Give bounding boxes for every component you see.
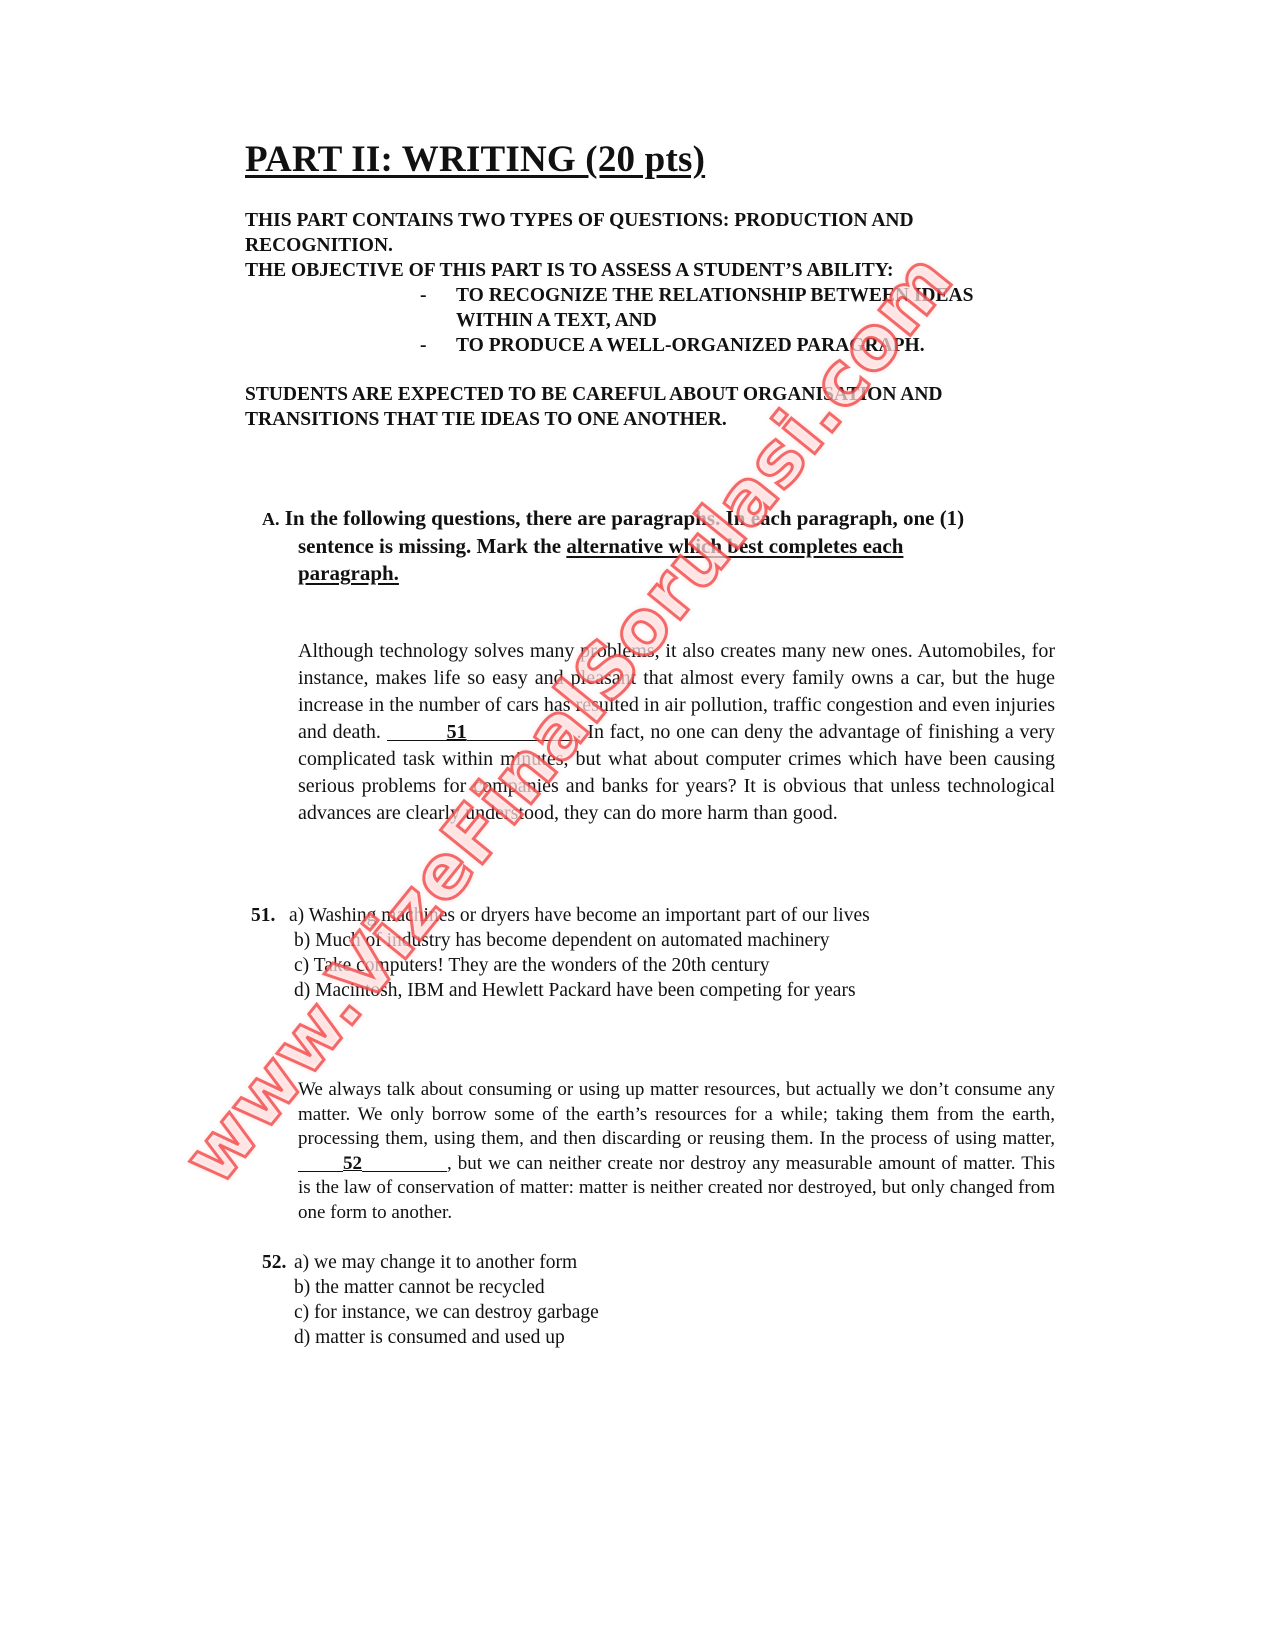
blank-number: 52 <box>343 1153 362 1174</box>
answer-option[interactable]: c) Take computers! They are the wonders … <box>251 953 971 978</box>
intro-line: THE OBJECTIVE OF THIS PART IS TO ASSESS … <box>245 258 1045 283</box>
passage-51: Although technology solves many problems… <box>298 638 1055 827</box>
page-title: PART II: WRITING (20 pts) <box>245 138 705 181</box>
passage-52: We always talk about consuming or using … <box>298 1078 1055 1226</box>
answer-option[interactable]: c) for instance, we can destroy garbage <box>262 1300 862 1325</box>
instruction-emphasis: paragraph. <box>298 561 399 585</box>
objective-text: TO RECOGNIZE THE RELATIONSHIP BETWEEN ID… <box>456 283 1058 308</box>
question-51: 51.a) Washing machines or dryers have be… <box>251 903 971 1003</box>
objective-item: - TO PRODUCE A WELL-ORGANIZED PARAGRAPH. <box>408 333 1058 358</box>
instruction-text: In the following questions, there are pa… <box>285 506 964 530</box>
passage-text: We always talk about consuming or using … <box>298 1079 1055 1149</box>
answer-option[interactable]: b) Much of industry has become dependent… <box>251 928 971 953</box>
list-dash: - <box>408 333 456 358</box>
expectation-line: STUDENTS ARE EXPECTED TO BE CAREFUL ABOU… <box>245 382 1065 407</box>
blank-line <box>387 720 447 741</box>
question-number: 52. <box>262 1250 294 1275</box>
list-dash: - <box>408 283 456 333</box>
instruction-emphasis: alternative which best completes each <box>566 534 903 558</box>
objective-item: - TO RECOGNIZE THE RELATIONSHIP BETWEEN … <box>408 283 1058 333</box>
answer-option[interactable]: a) Washing machines or dryers have becom… <box>289 905 870 926</box>
question-52: 52.a) we may change it to another form b… <box>262 1250 862 1350</box>
question-number: 51. <box>251 903 289 928</box>
blank-number: 51 <box>447 721 467 743</box>
expectation-block: STUDENTS ARE EXPECTED TO BE CAREFUL ABOU… <box>245 382 1065 432</box>
answer-option[interactable]: d) matter is consumed and used up <box>262 1325 862 1350</box>
blank-line <box>362 1152 447 1172</box>
section-label: A. <box>262 509 280 529</box>
instruction-text: sentence is missing. Mark the <box>298 534 566 558</box>
objectives-list: - TO RECOGNIZE THE RELATIONSHIP BETWEEN … <box>408 283 1058 358</box>
objective-text: WITHIN A TEXT, AND <box>456 308 1058 333</box>
blank-line <box>467 720 577 741</box>
section-a-instructions: A. In the following questions, there are… <box>262 505 1062 587</box>
answer-option[interactable]: a) we may change it to another form <box>294 1252 577 1273</box>
blank-line <box>298 1152 343 1172</box>
answer-option[interactable]: d) Macintosh, IBM and Hewlett Packard ha… <box>251 978 971 1003</box>
expectation-line: TRANSITIONS THAT TIE IDEAS TO ONE ANOTHE… <box>245 407 1065 432</box>
intro-line: RECOGNITION. <box>245 233 1045 258</box>
objective-text: TO PRODUCE A WELL-ORGANIZED PARAGRAPH. <box>456 333 1058 358</box>
intro-line: THIS PART CONTAINS TWO TYPES OF QUESTION… <box>245 208 1045 233</box>
intro-block: THIS PART CONTAINS TWO TYPES OF QUESTION… <box>245 208 1045 283</box>
answer-option[interactable]: b) the matter cannot be recycled <box>262 1275 862 1300</box>
